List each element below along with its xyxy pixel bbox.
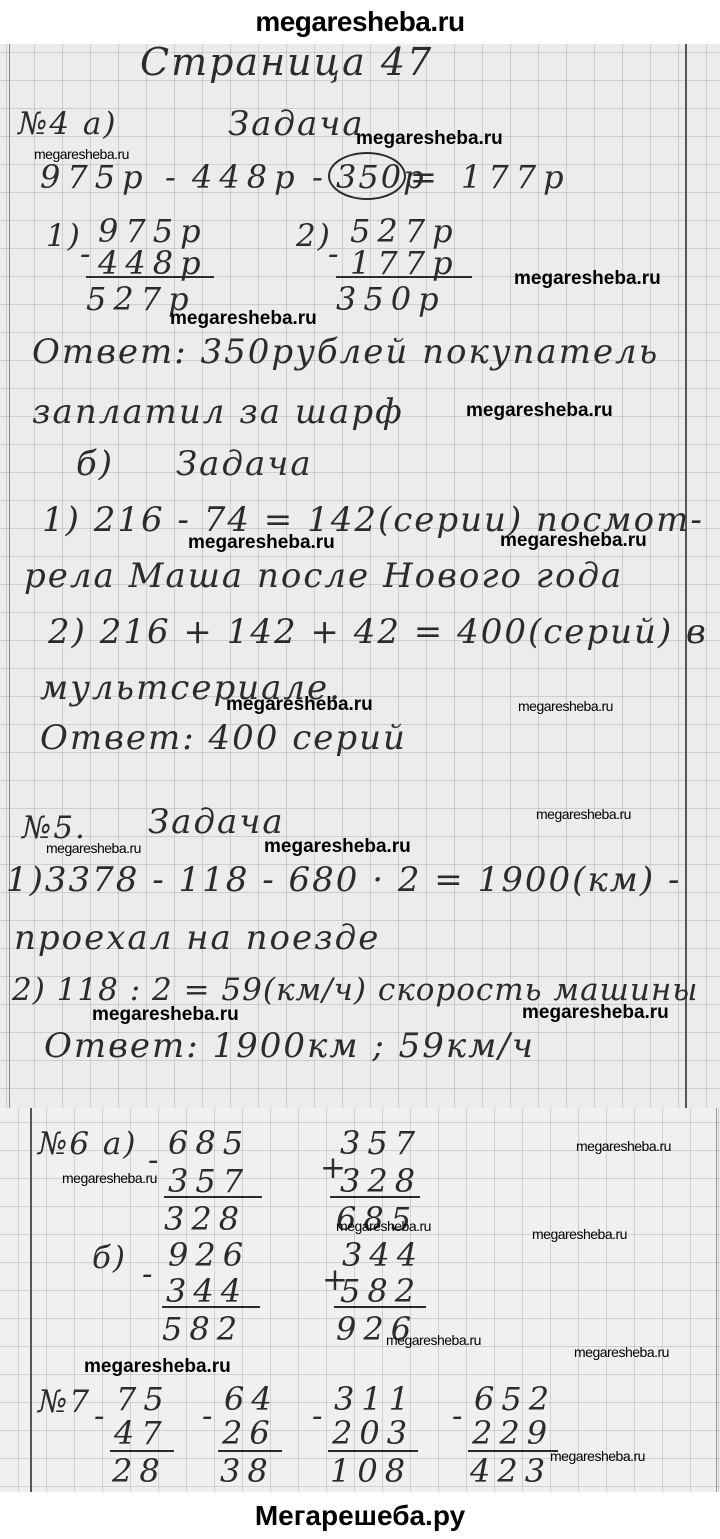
watermark: megaresheba.ru: [170, 308, 317, 330]
task7-sign: -: [94, 1398, 106, 1434]
task6-a-sub-result: 328: [164, 1200, 246, 1238]
watermark: megaresheba.ru: [62, 1170, 157, 1186]
task6-a-sub-rule: [164, 1196, 262, 1198]
task6-b-add-rule: [334, 1306, 426, 1308]
task6-b-sub-rule: [162, 1306, 260, 1308]
watermark: megaresheba.ru: [264, 836, 411, 858]
task6-label-b: б): [92, 1240, 127, 1276]
watermark: megaresheba.ru: [84, 1356, 231, 1378]
site-header: megaresheba.ru: [0, 2, 720, 42]
task7-result: 28: [112, 1452, 167, 1490]
task6-a-add-top: 357: [340, 1124, 422, 1162]
task4-answer-line2: заплатил за шарф: [32, 392, 404, 432]
task4-step1-label: 1): [46, 218, 82, 254]
watermark: megaresheba.ru: [500, 530, 647, 552]
margin-line: [30, 1108, 32, 1492]
watermark: megaresheba.ru: [356, 128, 503, 150]
task7-sign: -: [452, 1398, 464, 1434]
task6-b-sub-sign: -: [142, 1256, 154, 1292]
task4-label: №4 а): [18, 106, 118, 142]
watermark: megaresheba.ru: [532, 1226, 627, 1242]
task7-label: №7: [38, 1384, 91, 1420]
task6-b-sub-bottom: 344: [166, 1272, 248, 1310]
task4-step2-sign: -: [328, 236, 340, 272]
margin-line: [685, 44, 687, 1108]
task4-heading: Задача: [228, 104, 365, 144]
task6-b-sub-top: 926: [168, 1236, 250, 1274]
task7-top: 652: [474, 1380, 556, 1418]
task6-b-sub-result: 582: [162, 1310, 244, 1348]
task4b-heading: Задача: [176, 444, 313, 484]
task7-bottom: 26: [222, 1414, 277, 1452]
task7-top: 311: [334, 1380, 416, 1418]
task7-result: 108: [330, 1452, 412, 1490]
watermark: megaresheba.ru: [466, 400, 613, 422]
watermark: megaresheba.ru: [226, 694, 373, 716]
task6-a-sub-top: 685: [168, 1124, 250, 1162]
margin-line: [716, 1108, 717, 1492]
task6-a-sub-bottom: 357: [168, 1162, 250, 1200]
task5-step1-line2: проехал на поезде: [14, 918, 380, 958]
watermark: megaresheba.ru: [536, 806, 631, 822]
task4-answer-line1: Ответ: 350рублей покупатель: [32, 332, 659, 372]
task7-sign: -: [202, 1398, 214, 1434]
task4-step2-label: 2): [296, 218, 332, 254]
watermark: megaresheba.ru: [92, 1004, 239, 1026]
task7-sign: -: [312, 1398, 324, 1434]
task4b-answer: Ответ: 400 серий: [40, 718, 407, 758]
task7-bottom: 203: [332, 1414, 414, 1452]
watermark: megaresheba.ru: [576, 1138, 671, 1154]
task6-b-add-bottom: 582: [340, 1272, 422, 1310]
task7-bottom: 47: [114, 1414, 169, 1452]
task4-equation-op1: -: [165, 158, 183, 196]
task6-a-add-rule: [330, 1196, 420, 1198]
task4-step1-rule: [86, 276, 214, 278]
task4-equation-result: = 177р: [410, 158, 571, 196]
task4-step1-sign: -: [80, 236, 92, 272]
watermark: megaresheba.ru: [550, 1448, 645, 1464]
watermark: megaresheba.ru: [188, 532, 335, 554]
task5-answer: Ответ: 1900км ; 59км/ч: [44, 1026, 535, 1066]
watermark: megaresheba.ru: [336, 1218, 431, 1234]
watermark: megaresheba.ru: [514, 268, 661, 290]
task4-equation-b: 448р: [192, 158, 302, 196]
watermark: megaresheba.ru: [574, 1344, 669, 1360]
task4b-label: б): [76, 444, 114, 484]
task4-step2-result: 350р: [336, 280, 446, 318]
task6-a-add-bottom: 328: [340, 1162, 422, 1200]
watermark: megaresheba.ru: [386, 1332, 481, 1348]
task5-step1-line1: 1)3378 - 118 - 680 · 2 = 1900(км) -: [6, 860, 681, 900]
task7-bottom: 229: [472, 1414, 554, 1452]
watermark: megaresheba.ru: [518, 698, 613, 714]
task7-top: 75: [116, 1380, 171, 1418]
site-footer: Мегарешеба.ру: [0, 1496, 720, 1536]
task6-b-add-top: 344: [342, 1236, 424, 1274]
task4-equation-a: 975р: [40, 158, 150, 196]
task7-result: 38: [220, 1452, 275, 1490]
task7-top: 64: [224, 1380, 279, 1418]
task4b-step1-line2: рела Маша после Нового года: [24, 556, 623, 596]
page-title: Страница 47: [140, 40, 433, 84]
margin-line: [9, 44, 10, 1108]
task4b-step2-line1: 2) 216 + 142 + 42 = 400(серий) в: [48, 612, 708, 652]
task7-result: 423: [470, 1452, 552, 1490]
watermark: megaresheba.ru: [46, 840, 141, 856]
watermark: megaresheba.ru: [522, 1002, 669, 1024]
task4-step2-rule: [336, 276, 472, 278]
task6-label-a: №6 а): [38, 1126, 138, 1162]
